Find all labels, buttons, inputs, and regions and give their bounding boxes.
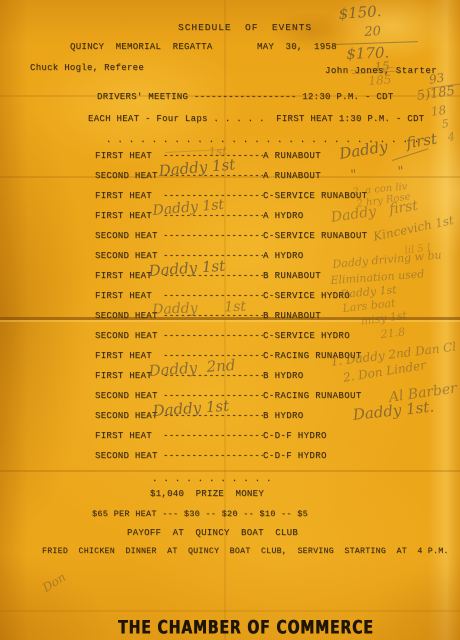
heat-class: C-RACING RUNABOUT (263, 391, 362, 401)
handwriting-note: 185 (368, 72, 392, 88)
handwriting-note: " " (350, 164, 404, 183)
heat-label: SECOND HEAT (95, 331, 163, 341)
heat-class: C-SERVICE HYDRO (263, 291, 350, 301)
heat-class: C-D-F HYDRO (263, 451, 327, 461)
per-heat-payout-line: $65 PER HEAT --- $30 -- $20 -- $10 -- $5 (92, 509, 308, 519)
document-title: SCHEDULE OF EVENTS (178, 22, 312, 33)
payoff-line: PAYOFF AT QUINCY BOAT CLUB (127, 528, 298, 538)
heat-label: SECOND HEAT (95, 171, 163, 181)
heat-label: FIRST HEAT (95, 151, 163, 161)
handwriting-note: $150. (338, 2, 382, 23)
dash-line: ---------------------------------------- (163, 331, 263, 341)
handwriting-note: 21.8 (380, 325, 406, 340)
heat-label: SECOND HEAT (95, 451, 163, 461)
heat-label: FIRST HEAT (95, 291, 163, 301)
heat-class: A RUNABOUT (263, 171, 321, 181)
heat-row: SECOND HEAT ----------------------------… (95, 251, 367, 271)
each-heat-line: EACH HEAT - Four Laps . . . . . FIRST HE… (88, 114, 424, 124)
dash-line: ---------------------------------------- (163, 231, 263, 241)
heat-class: A HYDRO (263, 251, 304, 261)
heat-class: B HYDRO (263, 411, 304, 421)
fold-crease (0, 610, 460, 612)
heat-label: FIRST HEAT (95, 191, 163, 201)
heat-row: SECOND HEAT ----------------------------… (95, 451, 367, 471)
heat-label: FIRST HEAT (95, 351, 163, 361)
heat-class: B RUNABOUT (263, 311, 321, 321)
event-name: QUINCY MEMORIAL REGATTA (70, 42, 213, 52)
heat-label: SECOND HEAT (95, 251, 163, 261)
event-date: MAY 30, 1958 (257, 42, 337, 52)
heat-class: B RUNABOUT (263, 271, 321, 281)
heat-class: B HYDRO (263, 371, 304, 381)
scanned-schedule-document: SCHEDULE OF EVENTS QUINCY MEMORIAL REGAT… (0, 0, 460, 640)
heat-class: A RUNABOUT (263, 151, 321, 161)
heat-label: SECOND HEAT (95, 391, 163, 401)
handwriting-note: Daddy 1st (152, 299, 246, 318)
dinner-line: FRIED CHICKEN DINNER AT QUINCY BOAT CLUB… (42, 547, 449, 556)
heat-row: FIRST HEAT -----------------------------… (95, 191, 367, 211)
referee-line: Chuck Hogle, Referee (30, 63, 144, 73)
handwriting-note: 4 (447, 130, 456, 144)
heat-class: C-D-F HYDRO (263, 431, 327, 441)
dash-line: ---------------------------------------- (163, 451, 263, 461)
heat-class: C-SERVICE RUNABOUT (263, 231, 367, 241)
heat-class: C-SERVICE HYDRO (263, 331, 350, 341)
heat-row: SECOND HEAT ----------------------------… (95, 391, 367, 411)
sponsor-name: THE CHAMBER OF COMMERCE (118, 618, 374, 639)
heat-row: FIRST HEAT -----------------------------… (95, 271, 367, 291)
dash-line: ---------------------------------------- (163, 431, 263, 441)
heat-row: FIRST HEAT -----------------------------… (95, 431, 367, 451)
heat-row: SECOND HEAT ----------------------------… (95, 411, 367, 431)
heat-row: FIRST HEAT -----------------------------… (95, 211, 367, 231)
handwriting-note: 20 (364, 24, 381, 40)
heat-row: SECOND HEAT ----------------------------… (95, 331, 367, 351)
heat-class: A HYDRO (263, 211, 304, 221)
heat-row: SECOND HEAT ----------------------------… (95, 231, 367, 251)
heat-label: SECOND HEAT (95, 231, 163, 241)
dotted-separator: . . . . . . . . . . . (152, 474, 272, 484)
drivers-meeting-line: DRIVERS' MEETING ------------------ 12:3… (97, 92, 393, 102)
handwriting-note: 5 (441, 117, 450, 131)
heat-label: FIRST HEAT (95, 431, 163, 441)
handwriting-note: Don (40, 570, 68, 595)
prize-money-line: $1,040 PRIZE MONEY (150, 489, 264, 499)
heat-row: SECOND HEAT ----------------------------… (95, 171, 367, 191)
